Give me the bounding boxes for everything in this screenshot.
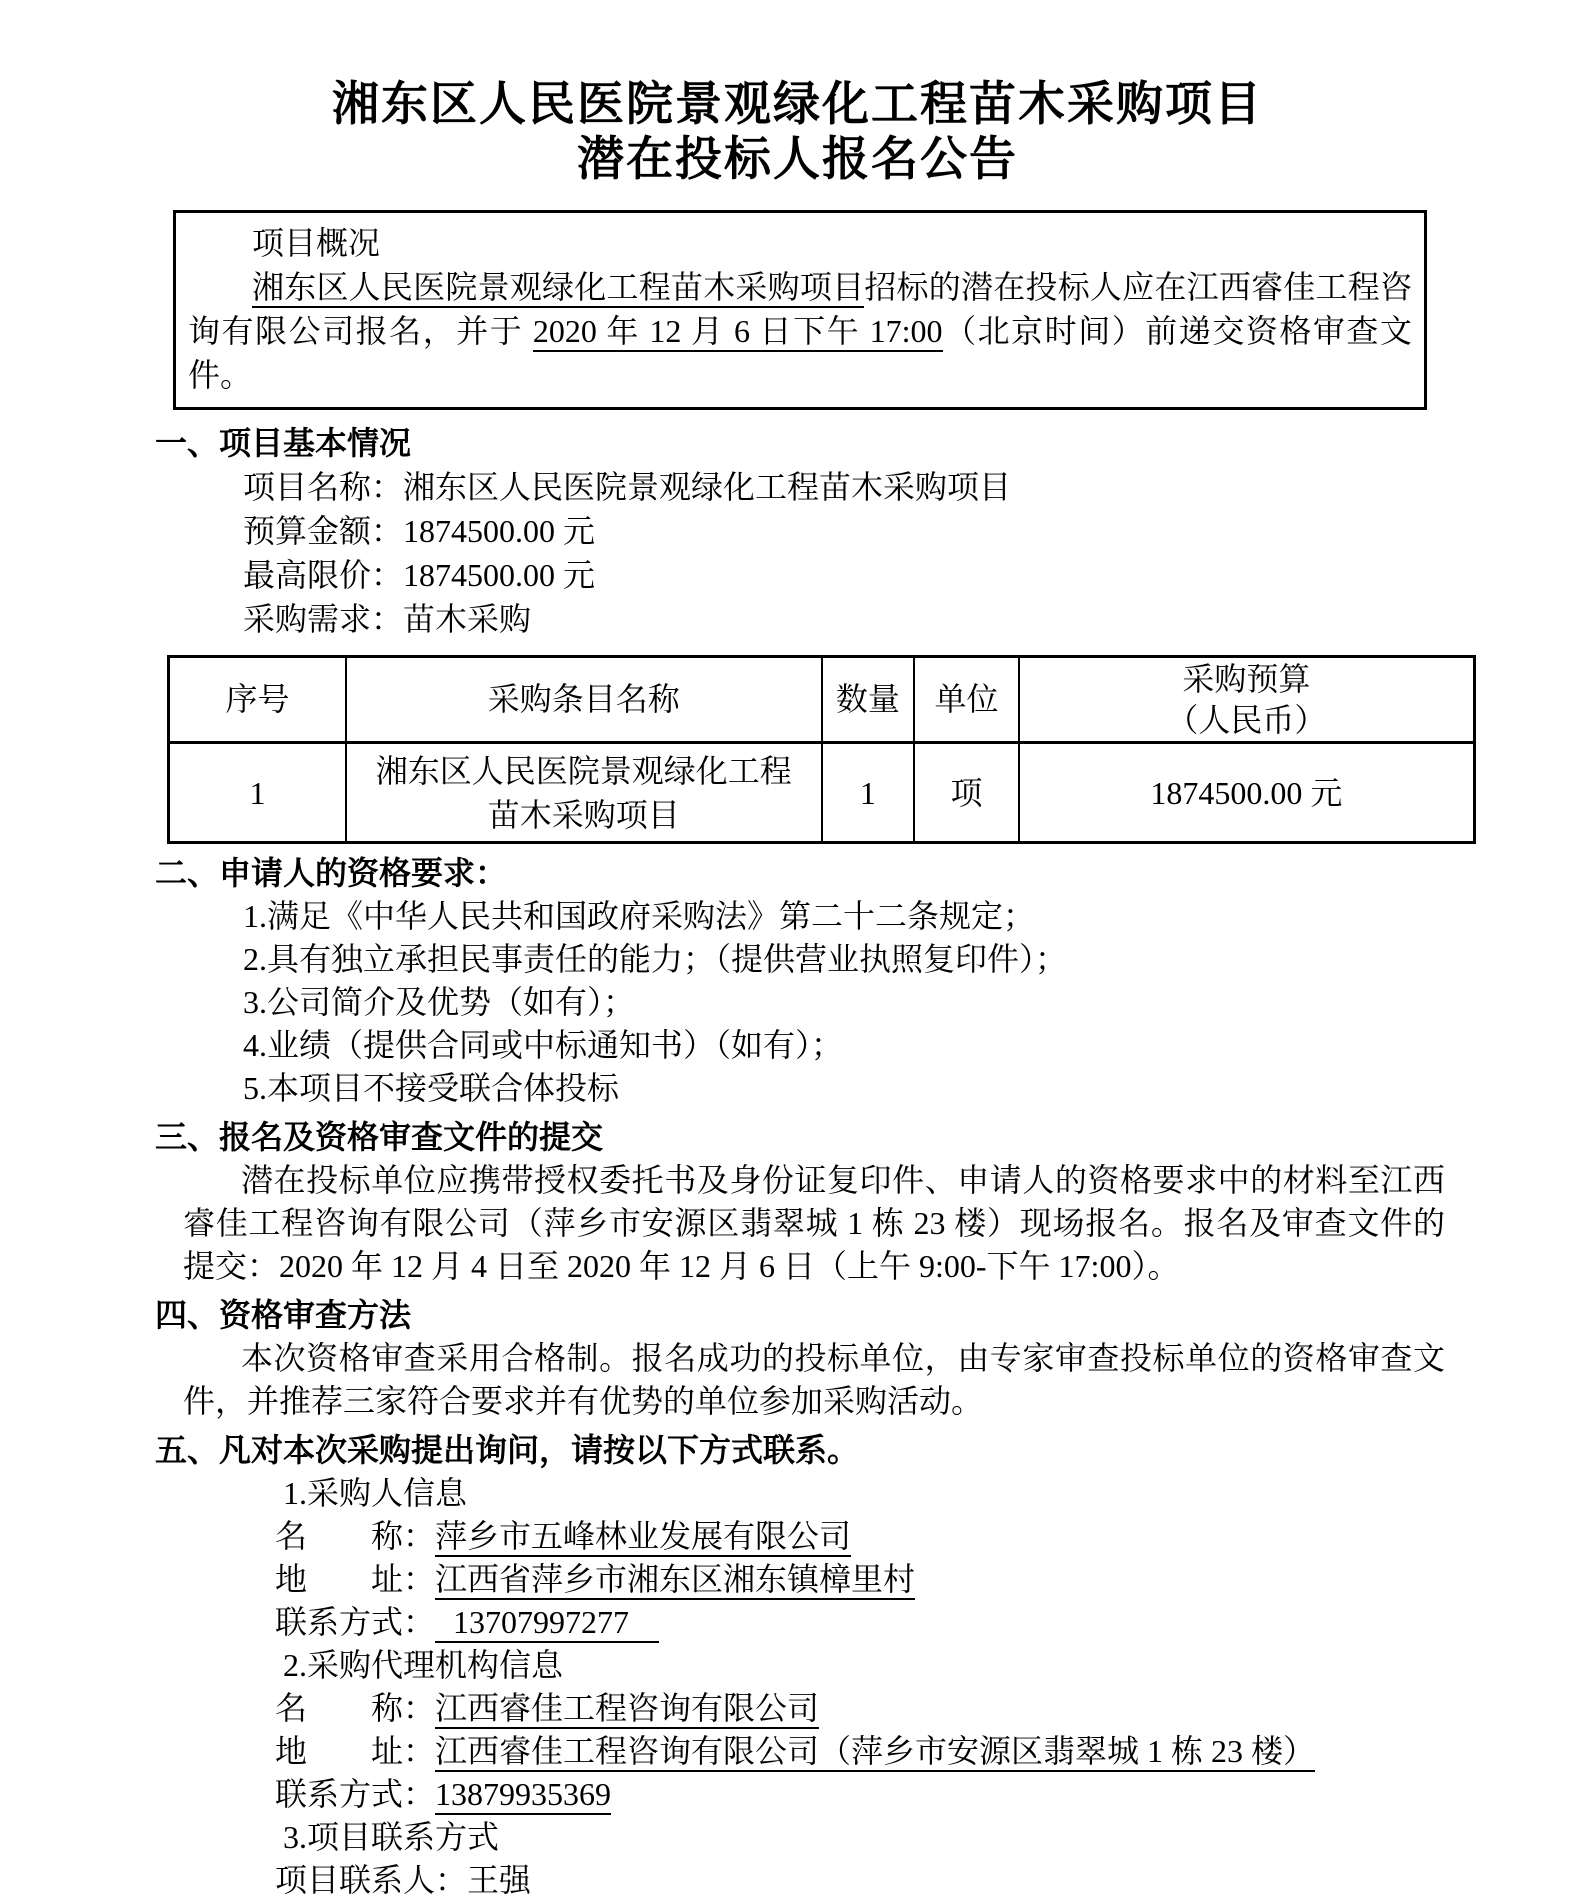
agency-contact-value: 13879935369	[435, 1776, 611, 1815]
buyer-name-label: 名 称：	[275, 1518, 435, 1554]
table-header-quantity: 数量	[822, 657, 915, 743]
table-header-budget: 采购预算 （人民币）	[1019, 657, 1475, 743]
overview-heading: 项目概况	[188, 221, 1412, 265]
agency-name-value: 江西睿佳工程咨询有限公司	[435, 1690, 819, 1729]
title-line-2: 潜在投标人报名公告	[150, 133, 1445, 188]
buyer-address-value: 江西省萍乡市湘东区湘东镇樟里村	[435, 1561, 915, 1600]
overview-project-name: 湘东区人民医院景观绿化工程苗木采购项目	[252, 269, 864, 308]
buyer-contact-label: 联系方式：	[275, 1604, 435, 1640]
table-header-unit: 单位	[914, 657, 1018, 743]
project-contact-person-line: 项目联系人：王强	[275, 1859, 1445, 1899]
project-contact-person-value: 王强	[467, 1862, 531, 1899]
agency-address-value: 江西睿佳工程咨询有限公司（萍乡市安源区翡翠城 1 栋 23 楼）	[435, 1733, 1315, 1772]
section-3-heading: 三、报名及资格审查文件的提交	[155, 1116, 1445, 1159]
document-title: 湘东区人民医院景观绿化工程苗木采购项目 潜在投标人报名公告	[150, 78, 1445, 188]
table-header-item-name: 采购条目名称	[346, 657, 821, 743]
table-row: 1 湘东区人民医院景观绿化工程苗木采购项目 1 项 1874500.00 元	[169, 743, 1475, 843]
agency-name-label: 名 称：	[275, 1690, 435, 1726]
requirement-item-5: 5.本项目不接受联合体投标	[243, 1067, 1445, 1110]
price-cap-line: 最高限价：1874500.00 元	[243, 553, 1445, 597]
section-4-heading: 四、资格审查方法	[155, 1294, 1445, 1337]
buyer-contact-line: 联系方式：13707997277	[275, 1601, 1445, 1644]
buyer-info-heading: 1.采购人信息	[283, 1472, 1445, 1515]
agency-address-label: 地 址：	[275, 1733, 435, 1769]
agency-contact-line: 联系方式：13879935369	[275, 1773, 1445, 1816]
project-contact-heading: 3.项目联系方式	[283, 1816, 1445, 1859]
requirement-item-4: 4.业绩（提供合同或中标通知书）（如有）；	[243, 1024, 1445, 1067]
requirement-item-1: 1.满足《中华人民共和国政府采购法》第二十二条规定；	[243, 895, 1445, 938]
project-contact-person-label: 项目联系人：	[275, 1862, 467, 1898]
budget-amount-line: 预算金额：1874500.00 元	[243, 509, 1445, 553]
procurement-items-table: 序号 采购条目名称 数量 单位 采购预算 （人民币） 1 湘东区人民医院景观绿化…	[167, 655, 1476, 844]
table-header-index: 序号	[169, 657, 347, 743]
document-page: 湘东区人民医院景观绿化工程苗木采购项目 潜在投标人报名公告 项目概况 湘东区人民…	[0, 0, 1587, 1899]
procurement-demand-line: 采购需求：苗木采购	[243, 597, 1445, 641]
cell-index: 1	[169, 743, 347, 843]
agency-contact-label: 联系方式：	[275, 1776, 435, 1812]
cell-item-name: 湘东区人民医院景观绿化工程苗木采购项目	[346, 743, 821, 843]
submission-paragraph: 潜在投标单位应携带授权委托书及身份证复印件、申请人的资格要求中的材料至江西睿佳工…	[183, 1159, 1445, 1288]
section-1-heading: 一、项目基本情况	[155, 422, 1445, 465]
overview-deadline: 2020 年 12 月 6 日下午 17:00	[533, 313, 943, 352]
section-5-heading: 五、凡对本次采购提出询问，请按以下方式联系。	[155, 1429, 1445, 1472]
cell-unit: 项	[914, 743, 1018, 843]
review-method-paragraph: 本次资格审查采用合格制。报名成功的投标单位，由专家审查投标单位的资格审查文件，并…	[183, 1337, 1445, 1423]
project-overview-box: 项目概况 湘东区人民医院景观绿化工程苗木采购项目招标的潜在投标人应在江西睿佳工程…	[173, 210, 1427, 410]
table-header-row: 序号 采购条目名称 数量 单位 采购预算 （人民币）	[169, 657, 1475, 743]
project-name-line: 项目名称：湘东区人民医院景观绿化工程苗木采购项目	[243, 465, 1445, 509]
agency-info-heading: 2.采购代理机构信息	[283, 1644, 1445, 1687]
cell-quantity: 1	[822, 743, 915, 843]
overview-paragraph: 湘东区人民医院景观绿化工程苗木采购项目招标的潜在投标人应在江西睿佳工程咨询有限公…	[188, 265, 1412, 397]
buyer-name-line: 名 称：萍乡市五峰林业发展有限公司	[275, 1515, 1445, 1558]
requirement-item-2: 2.具有独立承担民事责任的能力；（提供营业执照复印件）；	[243, 938, 1445, 981]
title-line-1: 湘东区人民医院景观绿化工程苗木采购项目	[150, 78, 1445, 133]
section-2-heading: 二、申请人的资格要求：	[155, 852, 1445, 895]
buyer-address-line: 地 址：江西省萍乡市湘东区湘东镇樟里村	[275, 1558, 1445, 1601]
buyer-contact-value: 13707997277	[435, 1604, 659, 1643]
cell-budget: 1874500.00 元	[1019, 743, 1475, 843]
agency-name-line: 名 称：江西睿佳工程咨询有限公司	[275, 1687, 1445, 1730]
buyer-address-label: 地 址：	[275, 1561, 435, 1597]
buyer-name-value: 萍乡市五峰林业发展有限公司	[435, 1518, 851, 1557]
agency-address-line: 地 址：江西睿佳工程咨询有限公司（萍乡市安源区翡翠城 1 栋 23 楼）	[275, 1730, 1445, 1773]
requirement-item-3: 3.公司简介及优势（如有）；	[243, 981, 1445, 1024]
